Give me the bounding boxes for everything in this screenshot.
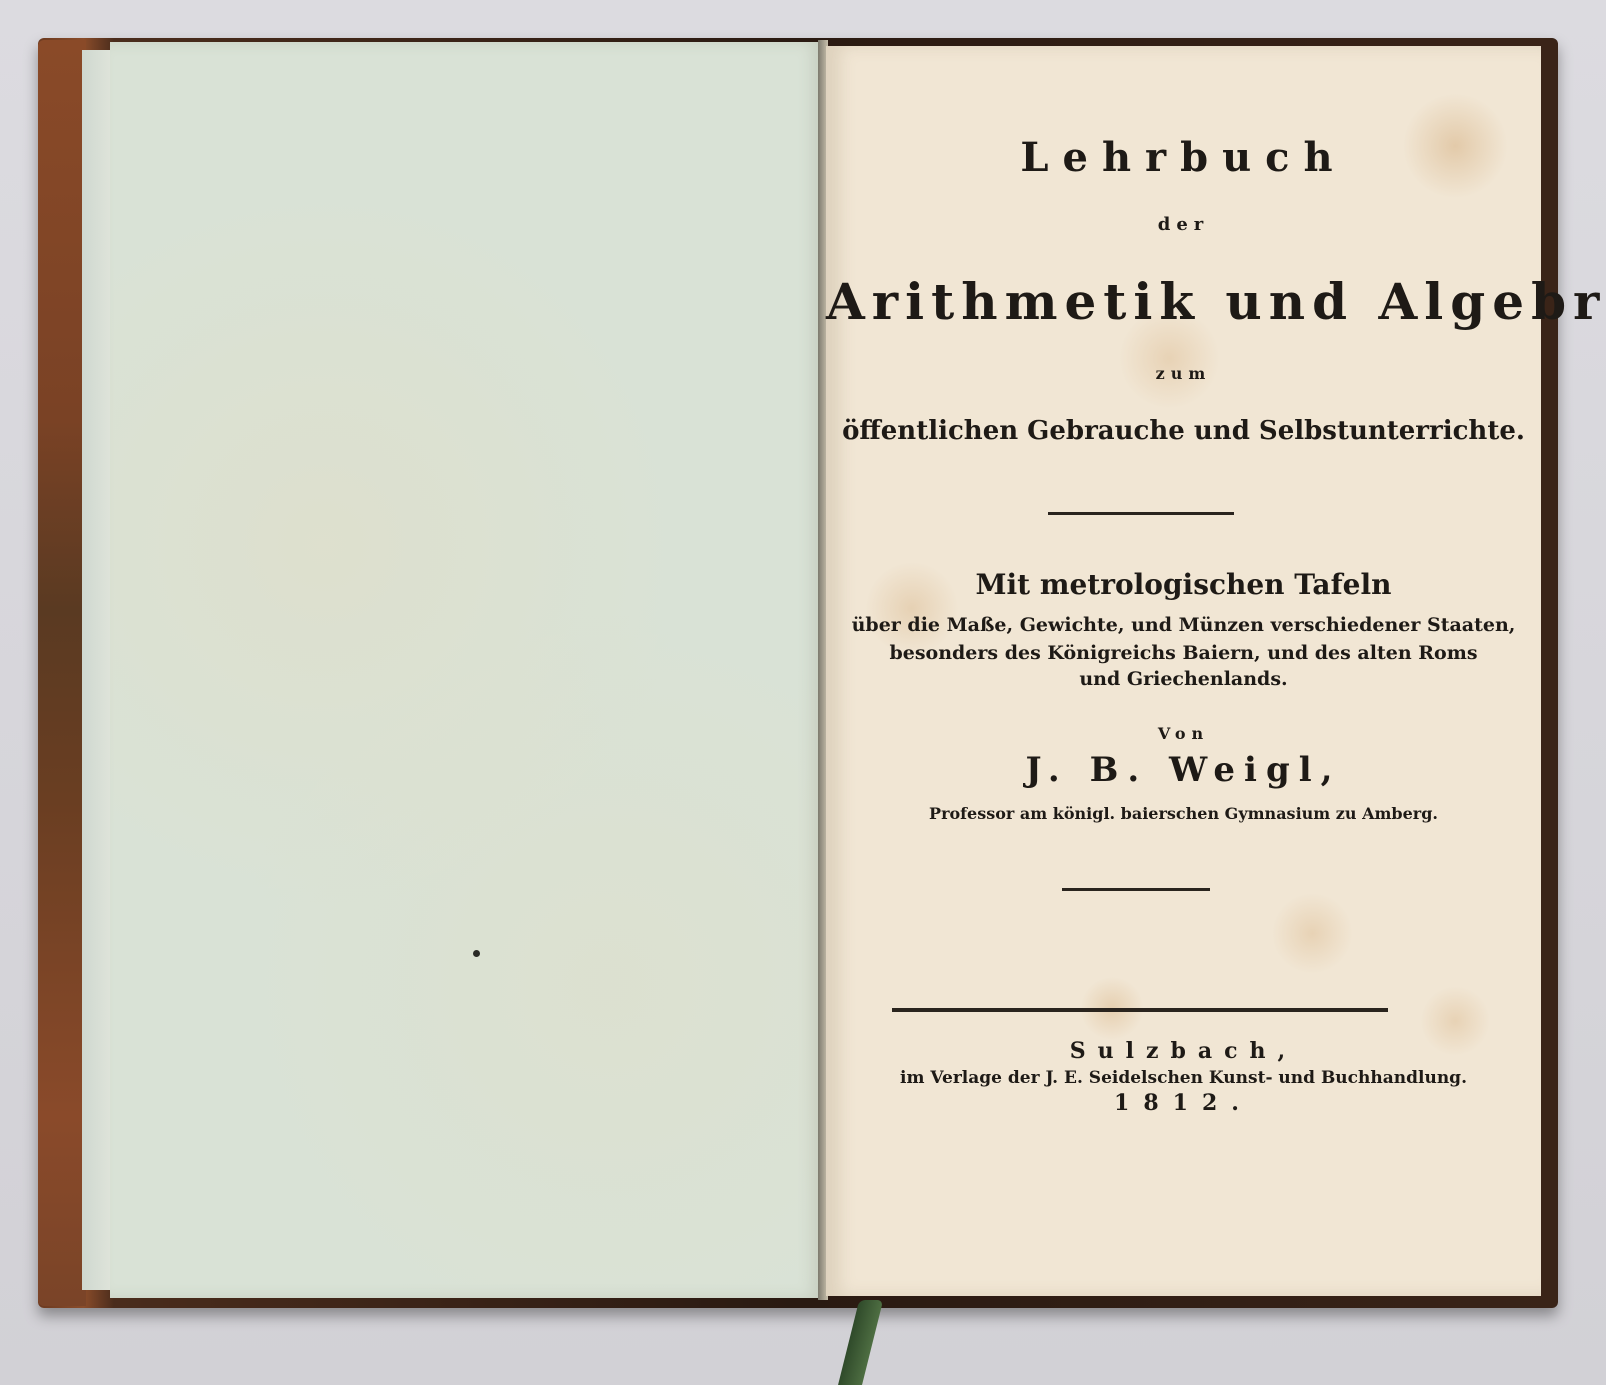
author-name: J. B. Weigl,	[826, 750, 1541, 790]
bookmark-ribbon	[837, 1300, 883, 1385]
title-zum: zum	[826, 364, 1541, 383]
subtitle-heading: Mit metrologischen Tafeln	[826, 568, 1541, 601]
cover-leather-edge	[38, 40, 86, 1306]
subtitle-line: besonders des Königreichs Baiern, und de…	[826, 642, 1541, 664]
title-main: Arithmetik und Algebra	[826, 272, 1541, 331]
imprint-place: Sulzbach,	[826, 1038, 1541, 1064]
title-der: der	[826, 214, 1541, 235]
ink-speck	[473, 950, 480, 957]
title-lehrbuch: Lehrbuch	[826, 134, 1541, 181]
imprint-year: 1812.	[826, 1090, 1541, 1116]
imprint-publisher: im Verlage der J. E. Seidelschen Kunst- …	[826, 1068, 1541, 1088]
title-page: Lehrbuch der Arithmetik und Algebra zum …	[826, 46, 1541, 1296]
divider-rule	[1048, 512, 1234, 515]
title-purpose: öffentlichen Gebrauche und Selbstunterri…	[826, 416, 1541, 446]
subtitle-line: über die Maße, Gewichte, und Münzen vers…	[826, 614, 1541, 636]
divider-rule	[1062, 888, 1210, 891]
subtitle-line: und Griechenlands.	[826, 668, 1541, 690]
author-title: Professor am königl. baierschen Gymnasiu…	[826, 804, 1541, 823]
by-line: Von	[826, 724, 1541, 743]
left-endpaper	[110, 42, 822, 1298]
flyleaf-edge	[82, 50, 112, 1290]
divider-rule	[892, 1008, 1388, 1012]
